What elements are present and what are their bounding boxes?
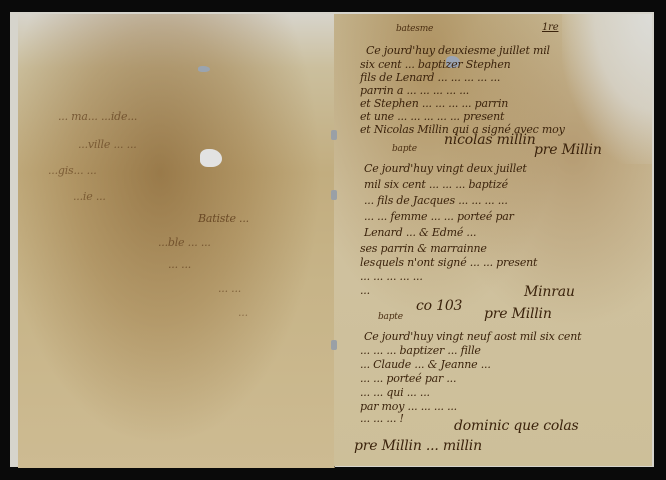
left-page: ... ma... ...ide... ...ville ... ... ...… bbox=[18, 14, 335, 468]
entry-line: lesquels n'ont signé ... ... present bbox=[360, 256, 537, 270]
entry-line: Lenard ... & Edmé ... bbox=[364, 226, 476, 240]
signature: dominic que colas bbox=[454, 418, 579, 434]
entry-line: et une ... ... ... ... ... present bbox=[360, 110, 504, 124]
bleed-through-line: ...ie ... bbox=[73, 190, 106, 204]
binding-thread bbox=[331, 340, 337, 350]
signature: pre Millin ... millin bbox=[354, 438, 482, 454]
bleed-through-line: ...ville ... ... bbox=[78, 138, 137, 152]
entry-line: Ce jourd'huy vingt neuf aost mil six cen… bbox=[364, 330, 581, 344]
margin-label: bapte bbox=[392, 144, 417, 154]
signature: pre Millin bbox=[534, 142, 602, 158]
bleed-through-line: ... bbox=[238, 306, 248, 320]
manuscript-scan: ... ma... ...ide... ...ville ... ... ...… bbox=[0, 0, 666, 480]
bleed-through-line: ... ... bbox=[168, 258, 191, 272]
entry-line: ... fils de Jacques ... ... ... ... bbox=[364, 194, 508, 208]
entry-line: fils de Lenard ... ... ... ... ... bbox=[360, 71, 500, 85]
entry-line: ... ... femme ... ... porteé par bbox=[364, 210, 514, 224]
entry-line: et Stephen ... ... ... ... parrin bbox=[360, 97, 508, 111]
entry-line: ... Claude ... & Jeanne ... bbox=[360, 358, 491, 372]
signature: Minrau bbox=[524, 284, 575, 300]
entry-line: ses parrin & marrainne bbox=[360, 242, 487, 256]
signature: co 103 bbox=[416, 298, 462, 314]
entry-line: ... ... qui ... ... bbox=[360, 386, 430, 400]
entry-line: mil six cent ... ... ... baptizé bbox=[364, 178, 508, 192]
paper-hole bbox=[200, 149, 222, 167]
entry-line: parrin a ... ... ... ... ... bbox=[360, 84, 469, 98]
entry-line: ... bbox=[360, 284, 370, 298]
margin-label: batesme bbox=[396, 24, 433, 34]
binding-thread bbox=[331, 130, 337, 140]
margin-label: bapte bbox=[378, 312, 403, 322]
signature: nicolas millin bbox=[444, 132, 536, 148]
right-page: 1re batesme Ce jourd'huy deuxiesme juill… bbox=[334, 14, 652, 466]
entry-line: Ce jourd'huy deuxiesme juillet mil bbox=[366, 44, 550, 58]
entry-line: ... ... ... ! bbox=[360, 412, 404, 426]
bleed-through-line: ...gis... ... bbox=[48, 164, 97, 178]
entry-line: six cent ... baptizer Stephen bbox=[360, 58, 511, 72]
entry-line: ... ... ... ... ... bbox=[360, 270, 423, 284]
binding-thread bbox=[331, 190, 337, 200]
bleed-through-line: ... ma... ...ide... bbox=[58, 110, 137, 124]
signature: pre Millin bbox=[484, 306, 552, 322]
bleed-through-line: ... ... bbox=[218, 282, 241, 296]
bleed-through-line: Batiste ... bbox=[198, 212, 249, 226]
bleed-through-line: ...ble ... ... bbox=[158, 236, 211, 250]
entry-line: Ce jourd'huy vingt deux juillet bbox=[364, 162, 527, 176]
paper-tear bbox=[198, 66, 210, 72]
folio-number: 1re bbox=[542, 22, 558, 33]
entry-line: ... ... porteé par ... bbox=[360, 372, 456, 386]
entry-line: ... ... ... baptizer ... fille bbox=[360, 344, 481, 358]
